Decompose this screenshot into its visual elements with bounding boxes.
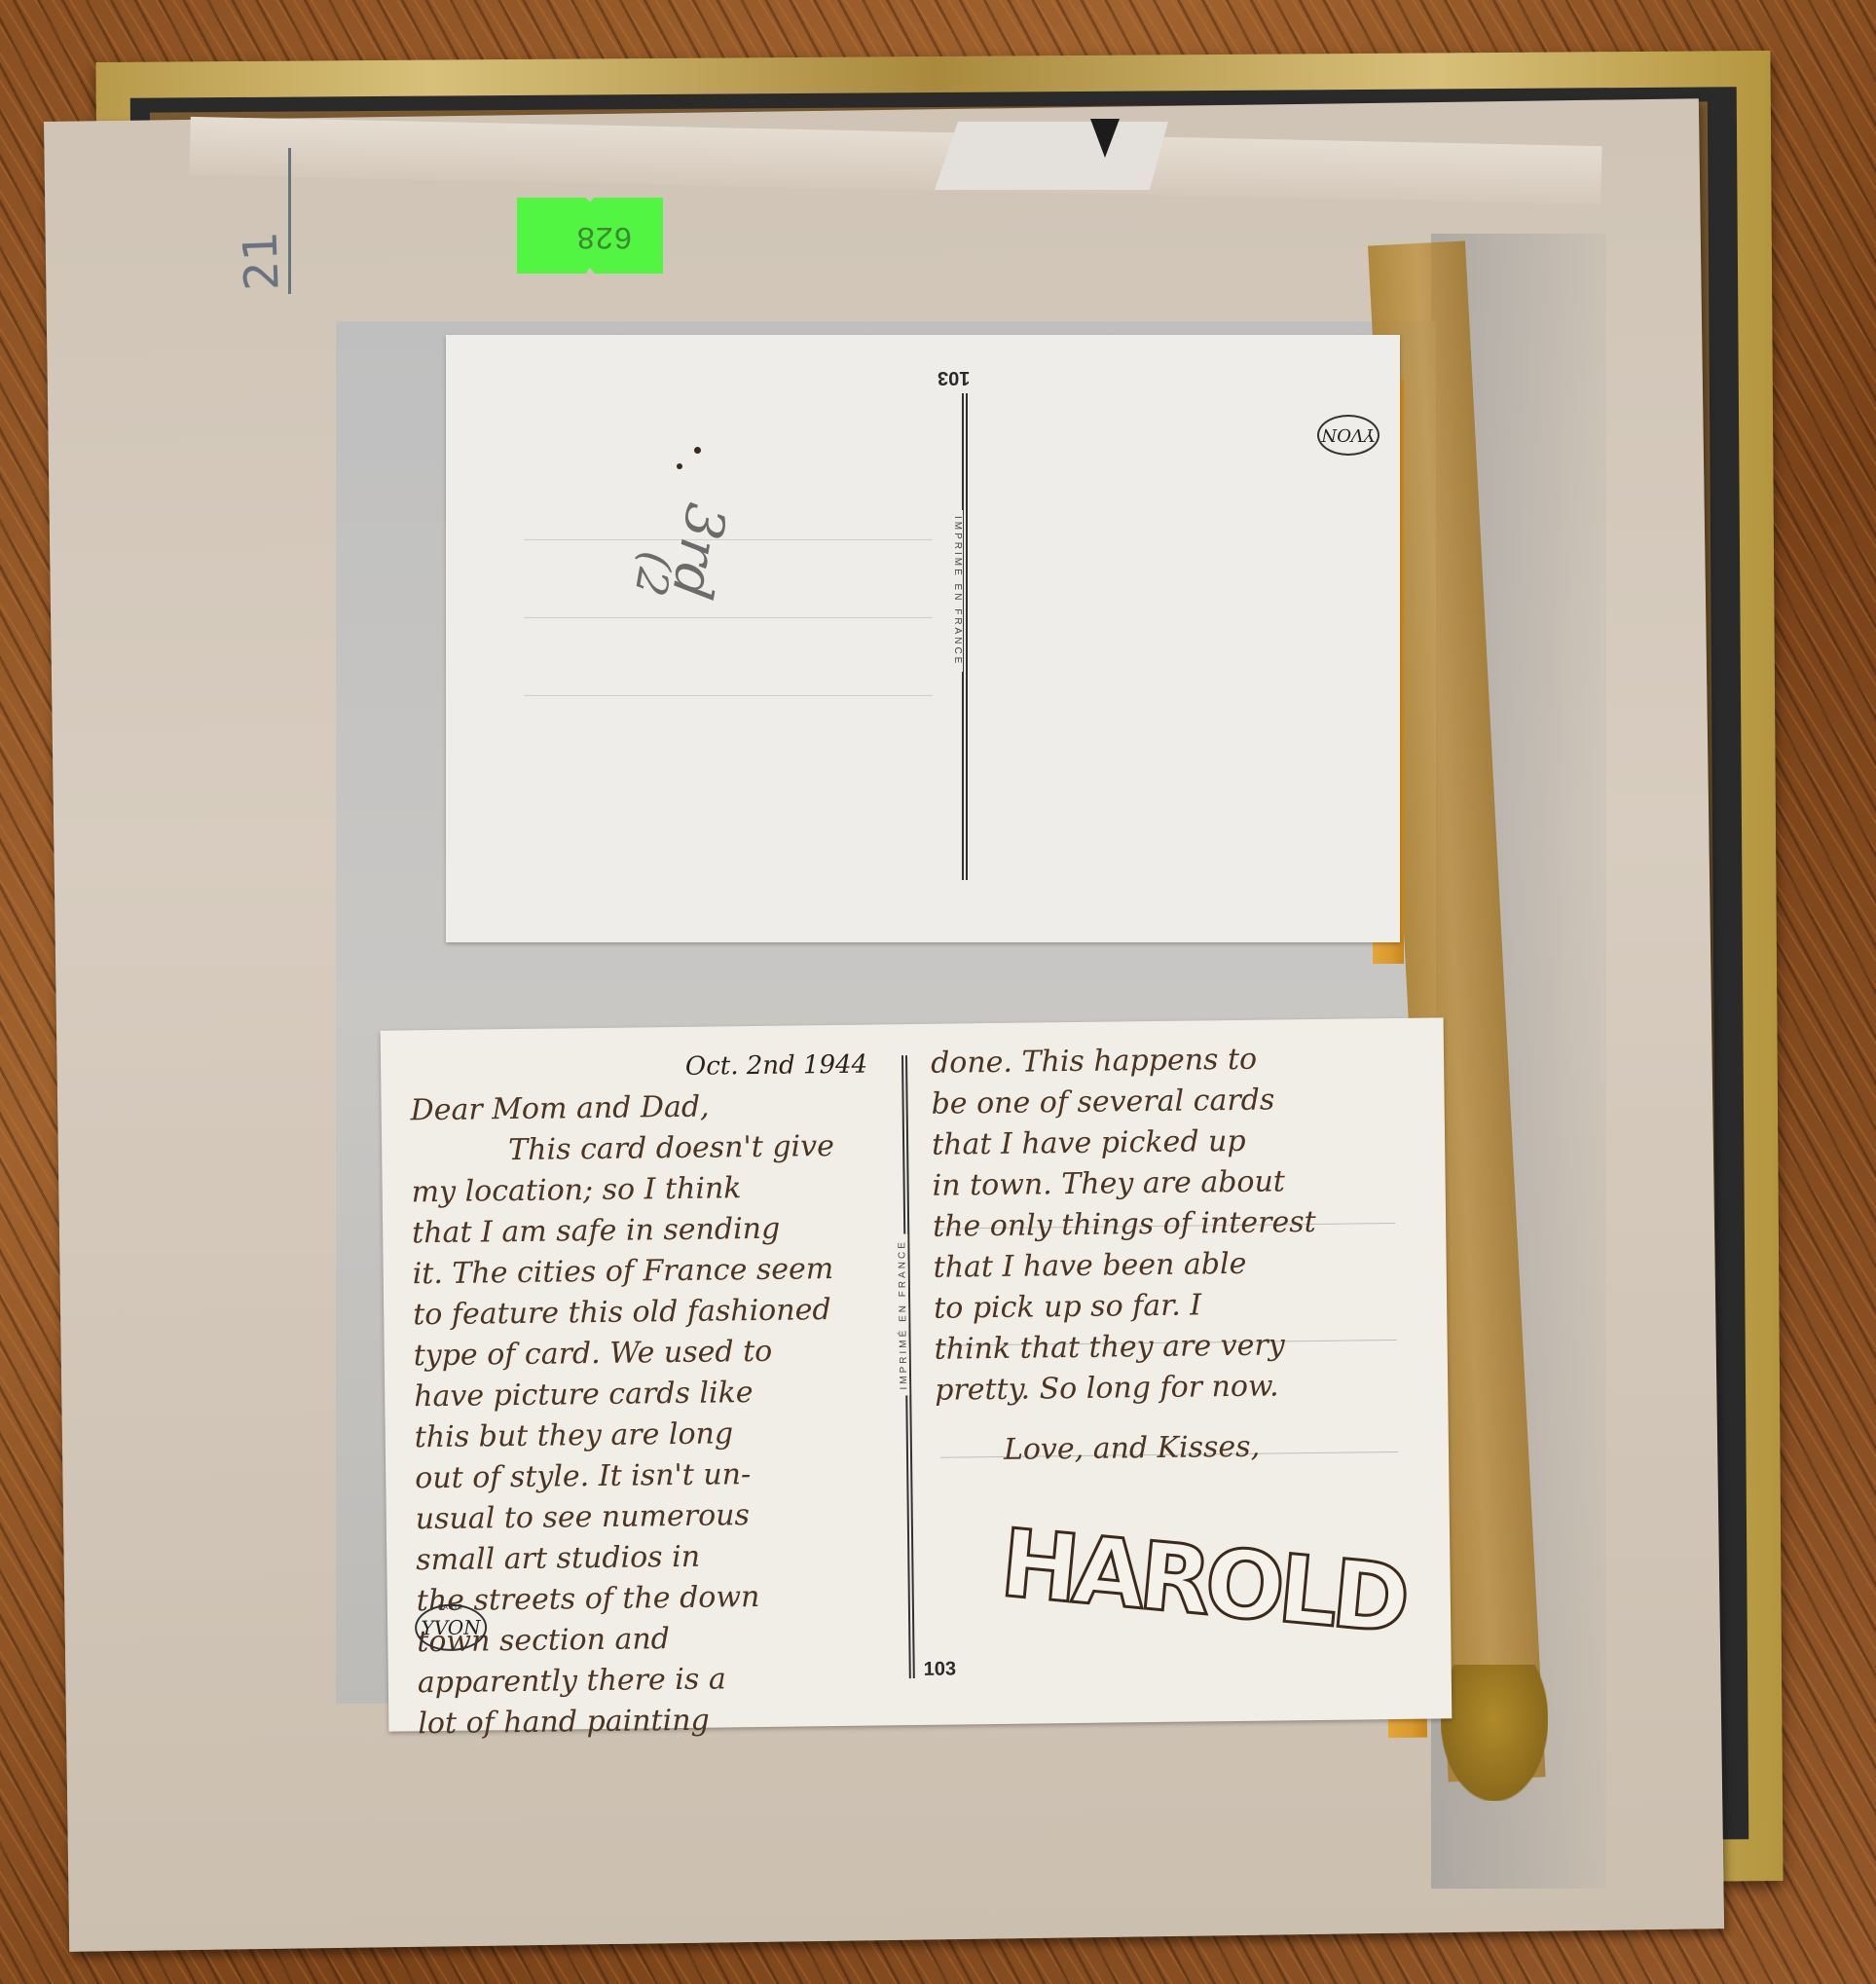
letter-line: town section and [417, 1616, 894, 1663]
letter-line: lot of hand painting [418, 1698, 895, 1745]
letter-line: that I have picked up [932, 1120, 1418, 1166]
letter-line: to pick up so far. I [934, 1283, 1420, 1330]
price-sticker: 628 [517, 198, 663, 274]
torn-paper-flap [935, 122, 1168, 190]
letter-line: this but they are long [415, 1412, 892, 1458]
pencil-note-secondary: (2 [625, 548, 681, 600]
card-number: 103 [938, 366, 970, 388]
price-sticker-text: 628 [576, 218, 633, 254]
letter-line: the streets of the down [417, 1575, 894, 1622]
faint-rule [524, 617, 933, 618]
postcard-message-side: Oct. 2nd 1944 Dear Mom and Dad, This car… [381, 1017, 1453, 1731]
publisher-logo-text: YVON [1321, 425, 1375, 446]
letter-line: to feature this old fashioned [413, 1289, 890, 1336]
letter-salutation: Dear Mom and Dad, [410, 1084, 887, 1131]
letter-line: have picture cards like [414, 1371, 891, 1417]
letter-line: type of card. We used to [413, 1330, 890, 1377]
postcard-address-side: 3rd (2 IMPRIMÉ EN FRANCE 103 YVON [446, 335, 1400, 942]
bubble-letter-signature: HAROLD [996, 1508, 1409, 1654]
faint-rule [524, 695, 933, 696]
tape-residue [1441, 1665, 1548, 1801]
backing-pencil-mark: 21 [233, 231, 289, 292]
letter-line: that I am safe in sending [412, 1207, 889, 1254]
letter-line: usual to see numerous [416, 1493, 893, 1540]
letter-line: my location; so I think [411, 1166, 888, 1213]
ink-spot [677, 463, 682, 469]
letter-line: done. This happens to [931, 1038, 1417, 1084]
message-left-column: Oct. 2nd 1944 Dear Mom and Dad, This car… [410, 1044, 896, 1745]
letter-line: pretty. So long for now. [935, 1365, 1421, 1412]
publisher-logo-text: YVON [421, 1615, 480, 1639]
letter-closing: Love, and Kisses, [936, 1425, 1422, 1472]
letter-line: be one of several cards [931, 1079, 1417, 1125]
printed-in-france-label: IMPRIMÉ EN FRANCE [952, 510, 963, 672]
letter-line: This card doesn't give [411, 1125, 888, 1172]
letter-line: out of style. It isn't un- [415, 1452, 892, 1499]
letter-line: small art studios in [416, 1534, 893, 1581]
letter-line: in town. They are about [932, 1160, 1418, 1207]
letter-line: apparently there is a [418, 1657, 895, 1704]
printed-in-france-label: IMPRIMÉ EN FRANCE [897, 1233, 909, 1395]
message-right-column: done. This happens to be one of several … [931, 1038, 1422, 1472]
letter-line: that I have been able [933, 1242, 1419, 1289]
ink-spot [694, 447, 701, 454]
letter-line: think that they are very [934, 1324, 1420, 1371]
letter-line: it. The cities of France seem [412, 1248, 889, 1295]
publisher-logo-city: PARIS [438, 1604, 463, 1611]
letter-date: Oct. 2nd 1944 [410, 1044, 887, 1090]
publisher-logo: YVON [1317, 415, 1379, 456]
card-number: 103 [924, 1659, 957, 1681]
letter-line: the only things of interest [933, 1201, 1419, 1248]
